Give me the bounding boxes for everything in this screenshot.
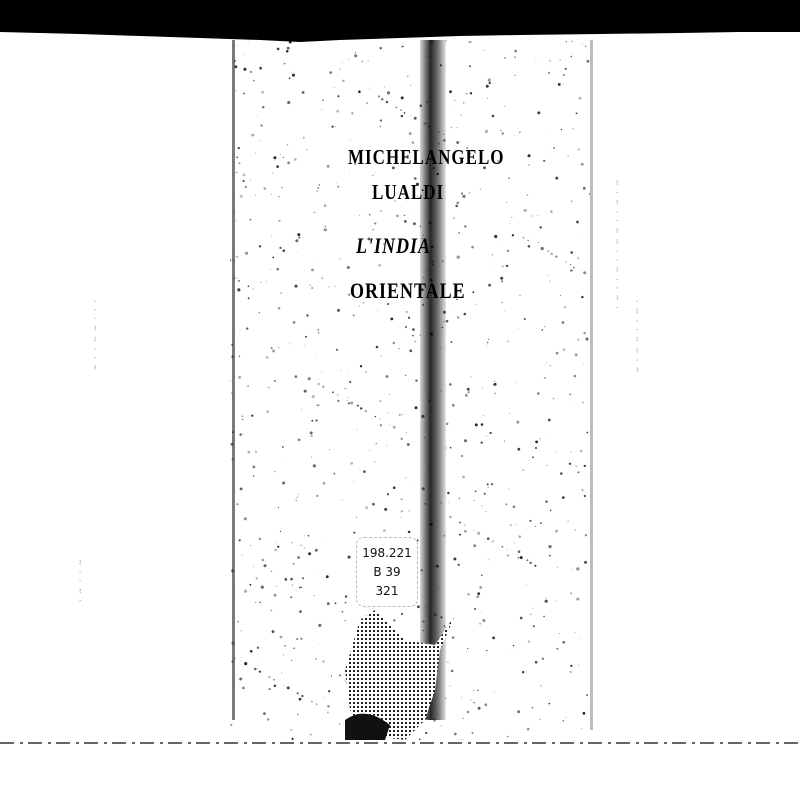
faded-handwriting-right: ~ · ~ · · ~ ~ · · ~ · · ~ · [612, 180, 622, 720]
shelf-label-line-2: B 39 [357, 563, 417, 582]
spine-author-first: MICHELANGELO [348, 145, 505, 170]
torn-cloth-patch [345, 610, 455, 740]
spine-author-last: LUALDI [372, 180, 444, 205]
spine-title-line-2: ORIENTALE [350, 278, 466, 304]
spine-right-edge [590, 40, 593, 730]
shelf-label-line-1: 198.221 [357, 544, 417, 563]
faded-handwriting-left-lower: ~ · · ~ · [75, 560, 85, 700]
faded-handwriting-right-2: · ~ · · ~ ~ · ~ [632, 300, 642, 720]
spine-title-line-1: L'INDIA [356, 233, 431, 259]
faded-handwriting-left: · · · ~ ~ · · ~ [90, 300, 100, 440]
shelf-label-line-3: 321 [357, 582, 417, 601]
bottom-edge-line [0, 740, 800, 746]
shelf-label: 198.221 B 39 321 [356, 537, 418, 607]
